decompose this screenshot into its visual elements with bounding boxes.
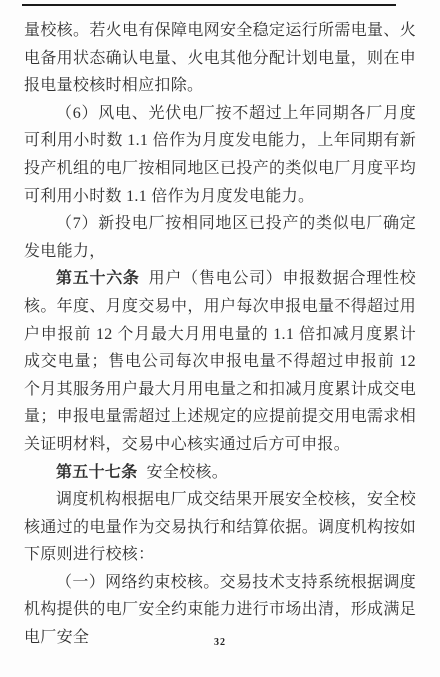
paragraph-text: 用户（售电公司）申报数据合理性校核。年度、月度交易中，用户每次申报电量不得超过用… — [24, 270, 416, 453]
paragraph-text: （6）风电、光伏电厂按不超过上年同期各厂月度可利用小时数 1.1 倍作为月度发电… — [24, 105, 416, 205]
paragraph-text: 安全校核。 — [147, 464, 229, 481]
paragraph-article-56: 第五十六条用户（售电公司）申报数据合理性校核。年度、月度交易中，用户每次申报电量… — [24, 265, 416, 458]
article-number: 第五十七条 — [56, 464, 138, 481]
paragraph-text: 调度机构根据电厂成交结果开展安全校核，安全校核通过的电量作为交易执行和结算依据。… — [24, 491, 416, 563]
paragraph-article-57: 第五十七条安全校核。 — [24, 459, 416, 487]
paragraph: （7）新投电厂按相同地区已投产的类似电厂确定发电能力， — [24, 210, 416, 265]
paragraph: （6）风电、光伏电厂按不超过上年同期各厂月度可利用小时数 1.1 倍作为月度发电… — [24, 100, 416, 210]
paragraph-text: （一）网络约束校核。交易技术支持系统根据调度机构提供的电厂安全约束能力进行市场出… — [24, 574, 416, 646]
page-number: 32 — [0, 637, 440, 648]
page-content: 量校核。若火电有保障电网安全稳定运行所需电量、火电备用状态确认电量、火电其他分配… — [24, 17, 416, 652]
paragraph: 调度机构根据电厂成交结果开展安全校核，安全校核通过的电量作为交易执行和结算依据。… — [24, 486, 416, 569]
paragraph-text: （7）新投电厂按相同地区已投产的类似电厂确定发电能力， — [24, 215, 416, 260]
header-rule — [22, 4, 396, 6]
article-number: 第五十六条 — [56, 270, 140, 287]
paragraph-text: 量校核。若火电有保障电网安全稳定运行所需电量、火电备用状态确认电量、火电其他分配… — [24, 22, 416, 94]
paragraph: 量校核。若火电有保障电网安全稳定运行所需电量、火电备用状态确认电量、火电其他分配… — [24, 17, 416, 100]
document-page: 量校核。若火电有保障电网安全稳定运行所需电量、火电备用状态确认电量、火电其他分配… — [0, 0, 440, 677]
